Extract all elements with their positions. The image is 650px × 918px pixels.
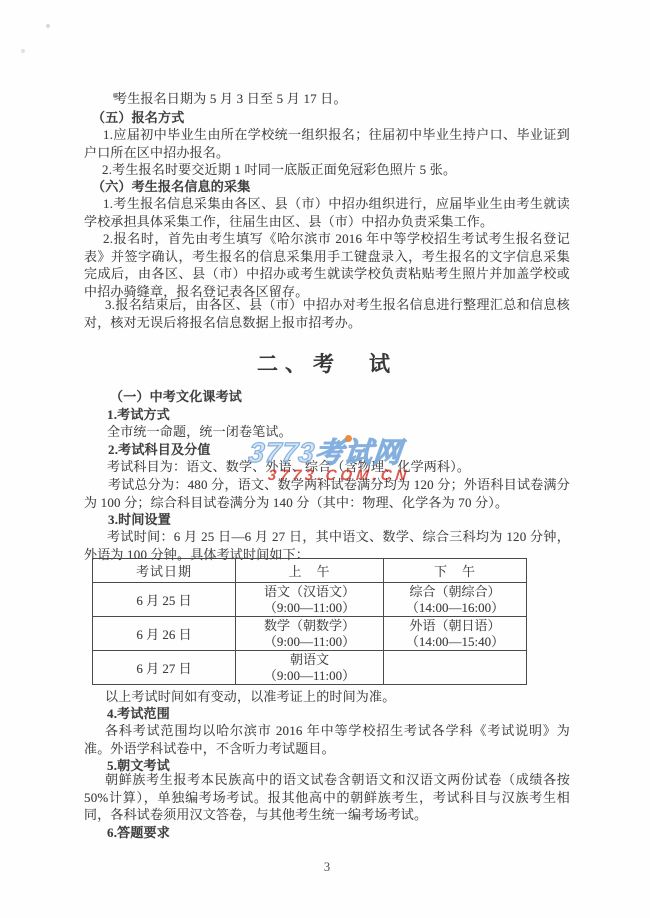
watermark-site-url: 3773.COM.CN bbox=[267, 467, 411, 484]
watermark-orange-dot-icon bbox=[345, 435, 352, 442]
section5-paragraph-1: 1.应届初中毕业生由所在学校统一组织报名；往届初中毕业生持户口、毕业证到户口所在… bbox=[84, 126, 570, 161]
item5-paragraph: 朝鲜族考生报考本民族高中的语文试卷含朝语文和汉语文两份试卷（成绩各按 50%计算… bbox=[84, 771, 570, 824]
exam-time: （9:00—11:00） bbox=[236, 634, 383, 650]
afternoon-exam-cell: 综合（朝综合） （14:00—16:00） bbox=[384, 583, 527, 617]
exam-time: （14:00—16:00） bbox=[384, 600, 526, 616]
section5-heading: （五）报名方式 bbox=[84, 109, 570, 127]
exam-subject: 语文（汉语文） bbox=[236, 584, 383, 600]
header-afternoon: 下 午 bbox=[384, 559, 527, 583]
table-row: 6 月 25 日 语文（汉语文） （9:00—11:00） 综合（朝综合） （1… bbox=[93, 583, 527, 617]
item3-heading: 3.时间设置 bbox=[84, 511, 570, 529]
part2-title: 二、考 试 bbox=[84, 348, 570, 378]
section5-paragraph-2: 2.考生报名时要交近期 1 吋同一底版正面免冠彩色照片 5 张。 bbox=[84, 161, 570, 179]
section6-paragraph-2: 2.报名时，首先由考生填写《哈尔滨市 2016 年中等学校招生考试考生报名登记表… bbox=[84, 230, 570, 300]
exam-subject: 朝语文 bbox=[236, 652, 383, 668]
item4-heading: 4.考试范围 bbox=[84, 705, 570, 723]
exam-time: （14:00—15:40） bbox=[384, 634, 526, 650]
exam-time: （9:00—11:00） bbox=[236, 668, 383, 684]
table-row: 6 月 26 日 数学（朝数学） （9:00—11:00） 外语（朝日语） （1… bbox=[93, 617, 527, 651]
exam-date-cell: 6 月 25 日 bbox=[93, 583, 236, 617]
exam-time: （9:00—11:00） bbox=[236, 600, 383, 616]
scan-speck bbox=[21, 49, 25, 53]
afternoon-exam-cell: 外语（朝日语） （14:00—15:40） bbox=[384, 617, 527, 651]
exam-subject: 综合（朝综合） bbox=[384, 584, 526, 600]
exam-date-cell: 6 月 27 日 bbox=[93, 651, 236, 685]
table-note: 以上考试时间如有变动，以准考证上的时间为准。 bbox=[84, 688, 570, 706]
exam-subject: 外语（朝日语） bbox=[384, 618, 526, 634]
page-number: 3 bbox=[84, 860, 570, 875]
morning-exam-cell: 朝语文 （9:00—11:00） bbox=[236, 651, 384, 685]
section6-paragraph-3: 3.报名结束后，由各区、县（市）中招办对考生报名信息进行整理汇总和信息核对，核对… bbox=[84, 296, 570, 331]
section6-paragraph-1: 1.考生报名信息采集由各区、县（市）中招办组织进行，应届毕业生由考生就读学校承担… bbox=[84, 195, 570, 230]
header-morning: 上 午 bbox=[236, 559, 384, 583]
watermark-site-name: 3773考试网 bbox=[247, 431, 405, 471]
item4-paragraph: 各科考试范围均以哈尔滨市 2016 年中等学校招生考试各学科《考试说明》为准。外… bbox=[84, 722, 570, 757]
table-header-row: 考试日期 上 午 下 午 bbox=[93, 559, 527, 583]
section6-heading: （六）考生报名信息的采集 bbox=[84, 178, 570, 196]
registration-date-line: 考生报名日期为 5 月 3 日至 5 月 17 日。 bbox=[84, 90, 570, 108]
afternoon-exam-cell-empty bbox=[384, 651, 527, 685]
exam-subject: 数学（朝数学） bbox=[236, 618, 383, 634]
morning-exam-cell: 语文（汉语文） （9:00—11:00） bbox=[236, 583, 384, 617]
exam-schedule-table: 考试日期 上 午 下 午 6 月 25 日 语文（汉语文） （9:00—11:0… bbox=[92, 558, 527, 685]
morning-exam-cell: 数学（朝数学） （9:00—11:00） bbox=[236, 617, 384, 651]
header-exam-date: 考试日期 bbox=[93, 559, 236, 583]
subsection1-heading: （一）中考文化课考试 bbox=[84, 388, 570, 406]
scan-speck bbox=[46, 24, 50, 28]
table-row: 6 月 27 日 朝语文 （9:00—11:00） bbox=[93, 651, 527, 685]
exam-date-cell: 6 月 26 日 bbox=[93, 617, 236, 651]
scanned-document-page: 考生报名日期为 5 月 3 日至 5 月 17 日。 （五）报名方式 1.应届初… bbox=[0, 0, 650, 918]
item1-heading: 1.考试方式 bbox=[84, 406, 570, 424]
item6-heading: 6.答题要求 bbox=[84, 824, 570, 842]
